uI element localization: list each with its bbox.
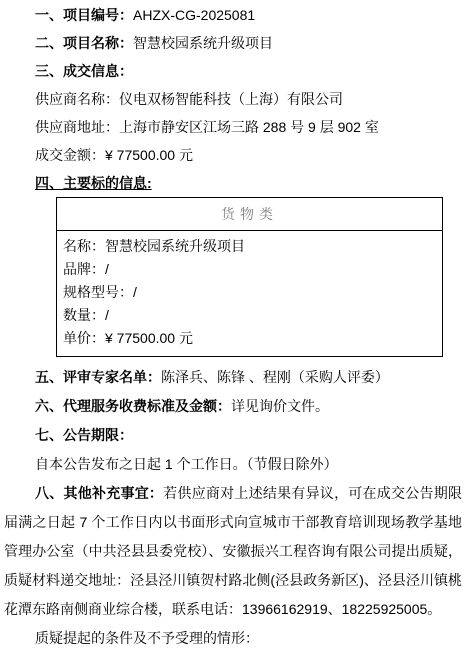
- other-matters-body: 若供应商对上述结果有异议，可在成交公告期限届满之日起 7 个工作日内以书面形式向…: [4, 485, 462, 617]
- table-row-unit-price-label: 单价：: [63, 330, 105, 346]
- notice-period-body: 自本公告发布之日起 1 个工作日。（节假日除外）: [4, 450, 462, 479]
- section-other-matters-label: 八、其他补充事宜：: [35, 485, 163, 501]
- project-number-value: AHZX-CG-2025081: [133, 7, 255, 23]
- supplier-address-value: 上海市静安区江场三路 288 号 9 层 902 室: [119, 119, 379, 135]
- section-notice-period-label: 七、公告期限：: [35, 427, 133, 443]
- table-row-unit-price: 单价：¥ 77500.00 元: [63, 327, 436, 350]
- supplier-name-label: 供应商名称：: [35, 91, 119, 107]
- section-agency-fee: 六、代理服务收费标准及金额：详见询价文件。: [4, 392, 462, 421]
- table-row-unit-price-value: ¥ 77500.00 元: [105, 330, 193, 346]
- subject-info-table: 货物类 名称：智慧校园系统升级项目 品牌：/ 规格型号：/ 数量：/ 单价：¥ …: [56, 197, 443, 357]
- table-row-name-label: 名称：: [63, 238, 105, 254]
- project-name-value: 智慧校园系统升级项目: [133, 35, 273, 51]
- section-agency-fee-label: 六、代理服务收费标准及金额：: [35, 398, 231, 414]
- deal-amount-line: 成交金额：¥ 77500.00 元: [4, 141, 462, 169]
- table-row-quantity-value: /: [105, 307, 109, 323]
- section-project-number-label: 一、项目编号：: [35, 7, 133, 23]
- deal-amount-label: 成交金额：: [35, 147, 105, 163]
- agency-fee-value: 详见询价文件。: [231, 398, 329, 414]
- section-subject-info: 四、主要标的信息:: [4, 169, 462, 197]
- table-header-goods-category: 货物类: [57, 198, 442, 231]
- section-project-name: 二、项目名称：智慧校园系统升级项目: [4, 29, 462, 57]
- table-row-spec: 规格型号：/: [63, 281, 436, 304]
- table-row-spec-value: /: [133, 284, 137, 300]
- table-row-brand-value: /: [105, 261, 109, 277]
- table-row-brand: 品牌：/: [63, 258, 436, 281]
- announcement-document: 一、项目编号：AHZX-CG-2025081 二、项目名称：智慧校园系统升级项目…: [0, 0, 466, 653]
- section-deal-info-label: 三、成交信息：: [35, 63, 133, 79]
- section-project-number: 一、项目编号：AHZX-CG-2025081: [4, 1, 462, 29]
- section-experts-label: 五、评审专家名单：: [35, 369, 161, 385]
- supplier-name-value: 仪电双杨智能科技（上海）有限公司: [119, 91, 343, 107]
- section-other-matters: 八、其他补充事宜：若供应商对上述结果有异议，可在成交公告期限届满之日起 7 个工…: [4, 479, 462, 624]
- subject-table-body: 名称：智慧校园系统升级项目 品牌：/ 规格型号：/ 数量：/ 单价：¥ 7750…: [57, 231, 442, 356]
- supplier-address-line: 供应商地址：上海市静安区江场三路 288 号 9 层 902 室: [4, 113, 462, 141]
- supplier-address-label: 供应商地址：: [35, 119, 119, 135]
- section-deal-info: 三、成交信息：: [4, 57, 462, 85]
- experts-value: 陈泽兵、陈锋 、程刚（采购人评委）: [161, 369, 389, 385]
- section-subject-info-label: 四、主要标的信息:: [35, 175, 152, 191]
- deal-amount-value: ¥ 77500.00 元: [105, 147, 193, 163]
- table-row-spec-label: 规格型号：: [63, 284, 133, 300]
- query-conditions-line: 质疑提起的条件及不予受理的情形：: [4, 624, 462, 653]
- table-row-name-value: 智慧校园系统升级项目: [105, 238, 245, 254]
- section-notice-period: 七、公告期限：: [4, 421, 462, 450]
- table-row-name: 名称：智慧校园系统升级项目: [63, 235, 436, 258]
- supplier-name-line: 供应商名称：仪电双杨智能科技（上海）有限公司: [4, 85, 462, 113]
- table-row-quantity: 数量：/: [63, 304, 436, 327]
- table-row-quantity-label: 数量：: [63, 307, 105, 323]
- section-experts: 五、评审专家名单：陈泽兵、陈锋 、程刚（采购人评委）: [4, 363, 462, 392]
- section-project-name-label: 二、项目名称：: [35, 35, 133, 51]
- table-row-brand-label: 品牌：: [63, 261, 105, 277]
